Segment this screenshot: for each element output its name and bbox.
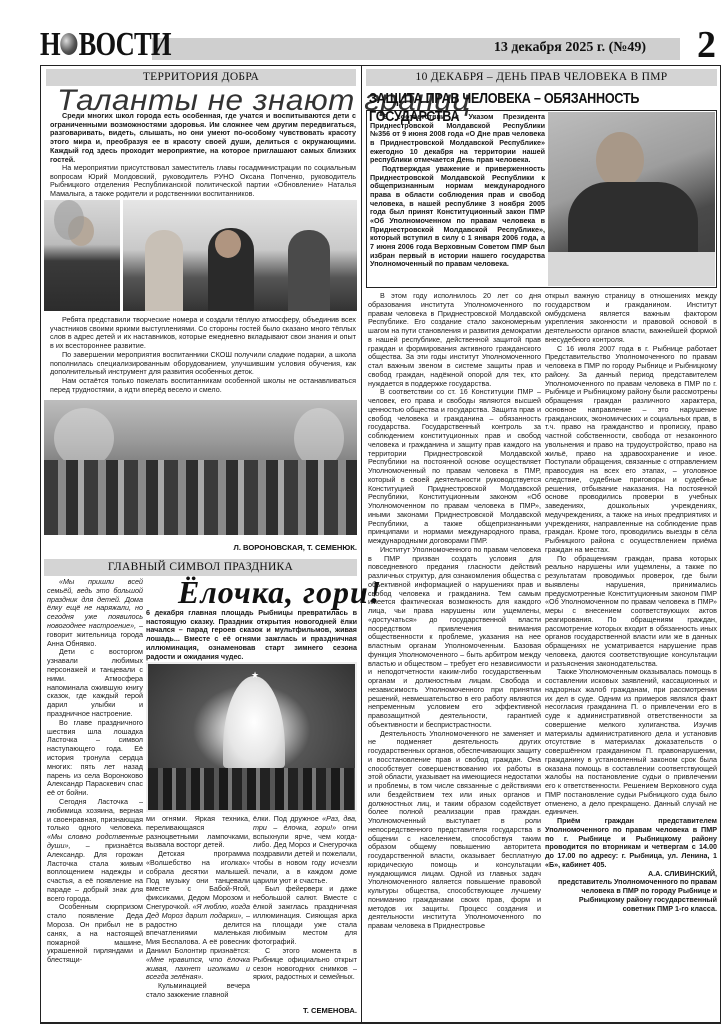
paragraph: По обращениям граждан, права которых реа… [545, 555, 717, 669]
signature-role: представитель Уполномоченного по правам … [545, 878, 717, 913]
issue-date: 13 декабря 2025 г. (№49) [494, 40, 646, 56]
logo-letter: Н [40, 26, 60, 63]
desk-papers-shape [548, 252, 715, 286]
christmas-tree-shape [223, 676, 285, 768]
photo-children-group [44, 400, 357, 535]
article-body-human-rights-col1: В этом году исполнилось 20 лет со дня об… [368, 292, 541, 931]
paragraph: Во главе праздничного шествия шла лошадк… [47, 719, 143, 798]
paragraph: Особенным сюрпризом стало появление Деда… [47, 903, 143, 965]
paragraph: Дети с восторгом узнавали любимых персон… [47, 648, 143, 718]
signature-elka: Т. СЕМЕНОВА. [253, 1006, 357, 1015]
quote-text: «Мне нравится, что ёлочка живая, пахнет … [146, 955, 250, 982]
balloon-shape [294, 408, 344, 468]
column-divider [361, 65, 362, 1024]
crowd-shape [148, 768, 357, 812]
lead-paragraph: Подтверждая уважение и приверженность Пр… [370, 165, 545, 269]
paragraph: Ребята представили творческие номера и с… [50, 316, 356, 351]
page-number: 2 [697, 26, 716, 64]
paragraph: Деятельность Уполномоченного не заменяет… [368, 730, 541, 931]
reception-info: Приём граждан представителем Уполномочен… [545, 817, 717, 870]
photo-applauding-guests [123, 200, 357, 311]
paragraph: В этом году исполнилось 20 лет со дня об… [368, 292, 541, 388]
paragraph: С 16 июля 2007 года в г. Рыбнице работае… [545, 345, 717, 555]
logo-text: ВОСТИ [79, 26, 171, 63]
text: огни вспыхнули ярче, чем когда-либо. Дед… [253, 823, 357, 885]
face-shape [596, 132, 644, 188]
newspaper-logo: НВОСТИ [40, 28, 171, 62]
article-body-talents-1: На мероприятии присутствовал заместитель… [50, 164, 356, 199]
paragraph: ми огнями. Яркая техника, переливающаяся… [146, 815, 250, 850]
article-lead-talents: Среди многих школ города есть особенная,… [50, 112, 356, 164]
article-body-elka-col1: «Мы пришли всей семьёй, ведь это большой… [47, 578, 143, 965]
paragraph: По завершении мероприятия воспитанники С… [50, 351, 356, 377]
photo-christmas-tree-square: ★ [146, 662, 357, 812]
face-shape [215, 230, 241, 258]
star-icon: ★ [251, 670, 259, 681]
article-lead-human-rights: В соответствии с Указом Президента Придн… [370, 113, 545, 269]
masthead: НВОСТИ 13 декабря 2025 г. (№49) 2 [40, 28, 720, 62]
paragraph: Нам остаётся только пожелать воспитанник… [50, 377, 356, 394]
text: ёлки. Под дружное [253, 814, 322, 823]
woman-figure [145, 230, 183, 311]
signature-talents: Л. ВОРОНОВСКАЯ, Т. СЕМЕНЮК. [44, 543, 357, 552]
balloon-shape [54, 408, 114, 468]
article-title-elka: Ёлочка, гори! [178, 575, 382, 609]
paragraph: С этого момента в Рыбнице официально отк… [253, 947, 357, 982]
text: – признаётся Александр. Для горожан Ласт… [47, 841, 143, 903]
text: Сегодня Ласточка – любимица хозяина, вер… [47, 797, 143, 832]
article-body-elka-col3: ёлки. Под дружное «Раз, два, три – ёлочк… [253, 815, 357, 982]
paragraph: Также Уполномоченным оказывалась помощь … [545, 668, 717, 817]
quote-text: «Мы пришли всей семьёй, ведь это большой… [47, 577, 143, 630]
balloon-shape [54, 200, 84, 240]
article-body-talents-2: Ребята представили творческие номера и с… [50, 316, 356, 394]
lead-paragraph: 6 декабря главная площадь Рыбницы превра… [146, 609, 357, 661]
article-body-elka-col2: ми огнями. Яркая техника, переливающаяся… [146, 815, 250, 1000]
paragraph: На мероприятии присутствовал заместитель… [50, 164, 356, 199]
paragraph: В соответствии со ст. 16 Конституции ПМР… [368, 388, 541, 546]
woman-figure [288, 230, 330, 311]
section-header-human-rights: 10 ДЕКАБРЯ – ДЕНЬ ПРАВ ЧЕЛОВЕКА В ПМР [366, 69, 717, 86]
crowd-shape [44, 460, 357, 535]
globe-icon [61, 33, 78, 55]
paragraph: Кульминацией вечера стало зажжение главн… [146, 982, 250, 1000]
lead-paragraph: Среди многих школ города есть особенная,… [50, 112, 356, 164]
lead-paragraph: В соответствии с Указом Президента Придн… [370, 113, 545, 165]
photo-speaker-man [44, 200, 120, 311]
article-lead-elka: 6 декабря главная площадь Рыбницы превра… [146, 609, 357, 661]
paragraph: Был фейерверк и даже небольшой салют. Вм… [253, 885, 357, 947]
paragraph: Институт Уполномоченного по правам челов… [368, 546, 541, 730]
paragraph: открыл важную страницу в отношениях межд… [545, 292, 717, 345]
photo-ombudsman-at-desk [548, 112, 715, 286]
article-body-human-rights-col2: открыл важную страницу в отношениях межд… [545, 292, 717, 913]
